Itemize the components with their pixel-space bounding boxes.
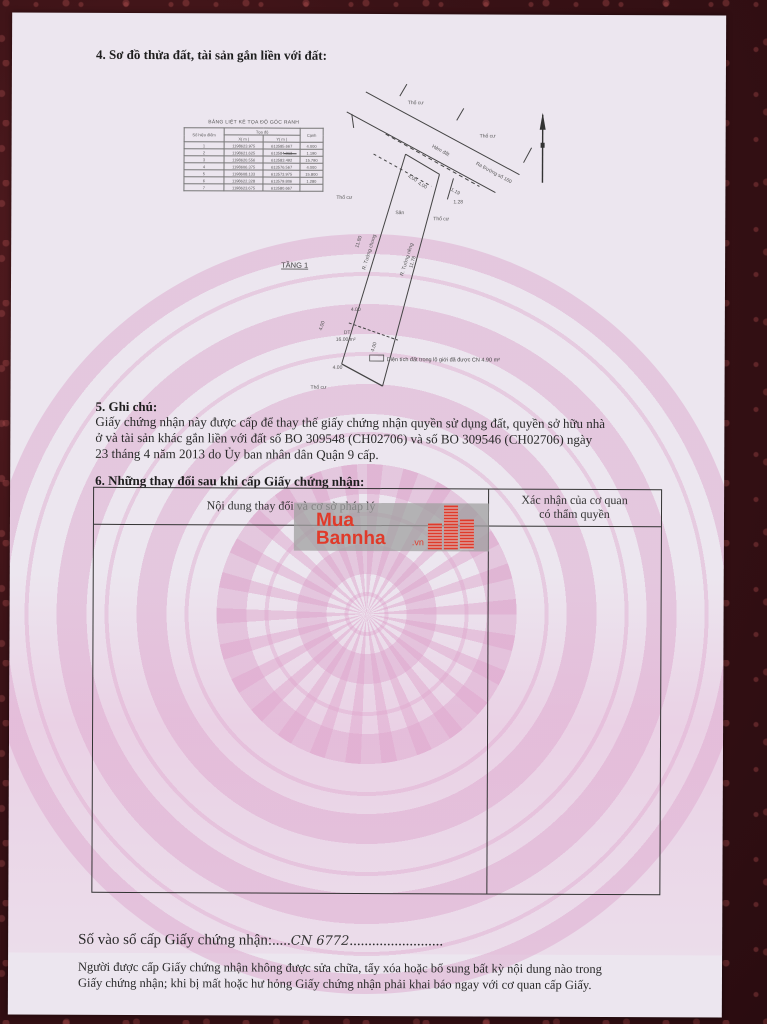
area-label: DT xyxy=(344,330,351,336)
note-line: 23 tháng 4 năm 2013 do Ủy ban nhân dân Q… xyxy=(95,446,695,465)
dim-setback: 1.19 xyxy=(449,187,461,197)
col-authority-line1: Xác nhận của cơ quan xyxy=(488,493,661,508)
dim-right-low: 4.00 xyxy=(370,341,379,352)
area-value: 16.00 m² xyxy=(336,337,356,343)
warning-text: Người được cấp Giấy chứng nhận không đượ… xyxy=(78,959,718,994)
col-authority-confirmation: Xác nhận của cơ quan có thẩm quyền xyxy=(488,493,661,522)
plot-legend: Diện tích đất trong lộ giới đã được CN 4… xyxy=(387,357,500,363)
logo-line2: Bannha xyxy=(316,529,386,548)
label-neighbor-left: Thổ cư xyxy=(336,194,353,201)
col-authority-line2: có thẩm quyền xyxy=(488,507,661,522)
dim-left: 11.80 xyxy=(354,235,363,249)
dim-inner: 4.00 xyxy=(351,307,361,313)
label-neighbor-bottom: Thổ cư xyxy=(311,384,328,391)
section-5-heading: 5. Ghi chú: xyxy=(95,399,157,415)
dim-alley: 4.00 xyxy=(407,174,419,184)
note-text: Giấy chứng nhận này được cấp để thay thế… xyxy=(95,414,695,465)
warning-line: Giấy chứng nhận; khi bị mất hoặc hư hỏng… xyxy=(78,975,718,994)
registry-dots: ......................... xyxy=(349,933,443,949)
building-icon xyxy=(428,523,442,549)
label-yard: Sân xyxy=(395,210,404,216)
dim-back: 4.00 xyxy=(333,365,343,371)
building-icon xyxy=(444,505,458,549)
dim-setback2: 1.28 xyxy=(453,199,463,205)
dim-front: 4.00 xyxy=(416,181,428,191)
north-arrow-icon xyxy=(539,113,545,183)
muabannha-watermark-logo: Mua Bannha .vn xyxy=(294,503,489,552)
registry-number: Số vào sổ cấp Giấy chứng nhận:.....CN 67… xyxy=(78,931,443,952)
logo-suffix: .vn xyxy=(412,537,424,547)
label-neighbor-top-right: Thổ cư xyxy=(480,132,497,139)
label-neighbor-right: Thổ cư xyxy=(433,215,450,222)
dim-left-low: 4.00 xyxy=(318,320,327,331)
building-icon xyxy=(460,519,474,549)
land-plot-diagram: Thổ cư Thổ cư Hẻm đất Ra Đường số 160 Th… xyxy=(10,12,726,415)
label-road: Ra Đường số 160 xyxy=(475,161,513,185)
registry-label: Số vào sổ cấp Giấy chứng nhận:..... xyxy=(78,932,291,949)
label-neighbor-top: Thổ cư xyxy=(408,99,425,106)
registry-value: CN 6772 xyxy=(291,934,350,949)
floor-label: TẦNG 1 xyxy=(281,260,308,270)
label-alley: Hẻm đất xyxy=(431,144,451,159)
certificate-page: 4. Sơ đồ thửa đất, tài sản gắn liền với … xyxy=(8,12,726,1017)
